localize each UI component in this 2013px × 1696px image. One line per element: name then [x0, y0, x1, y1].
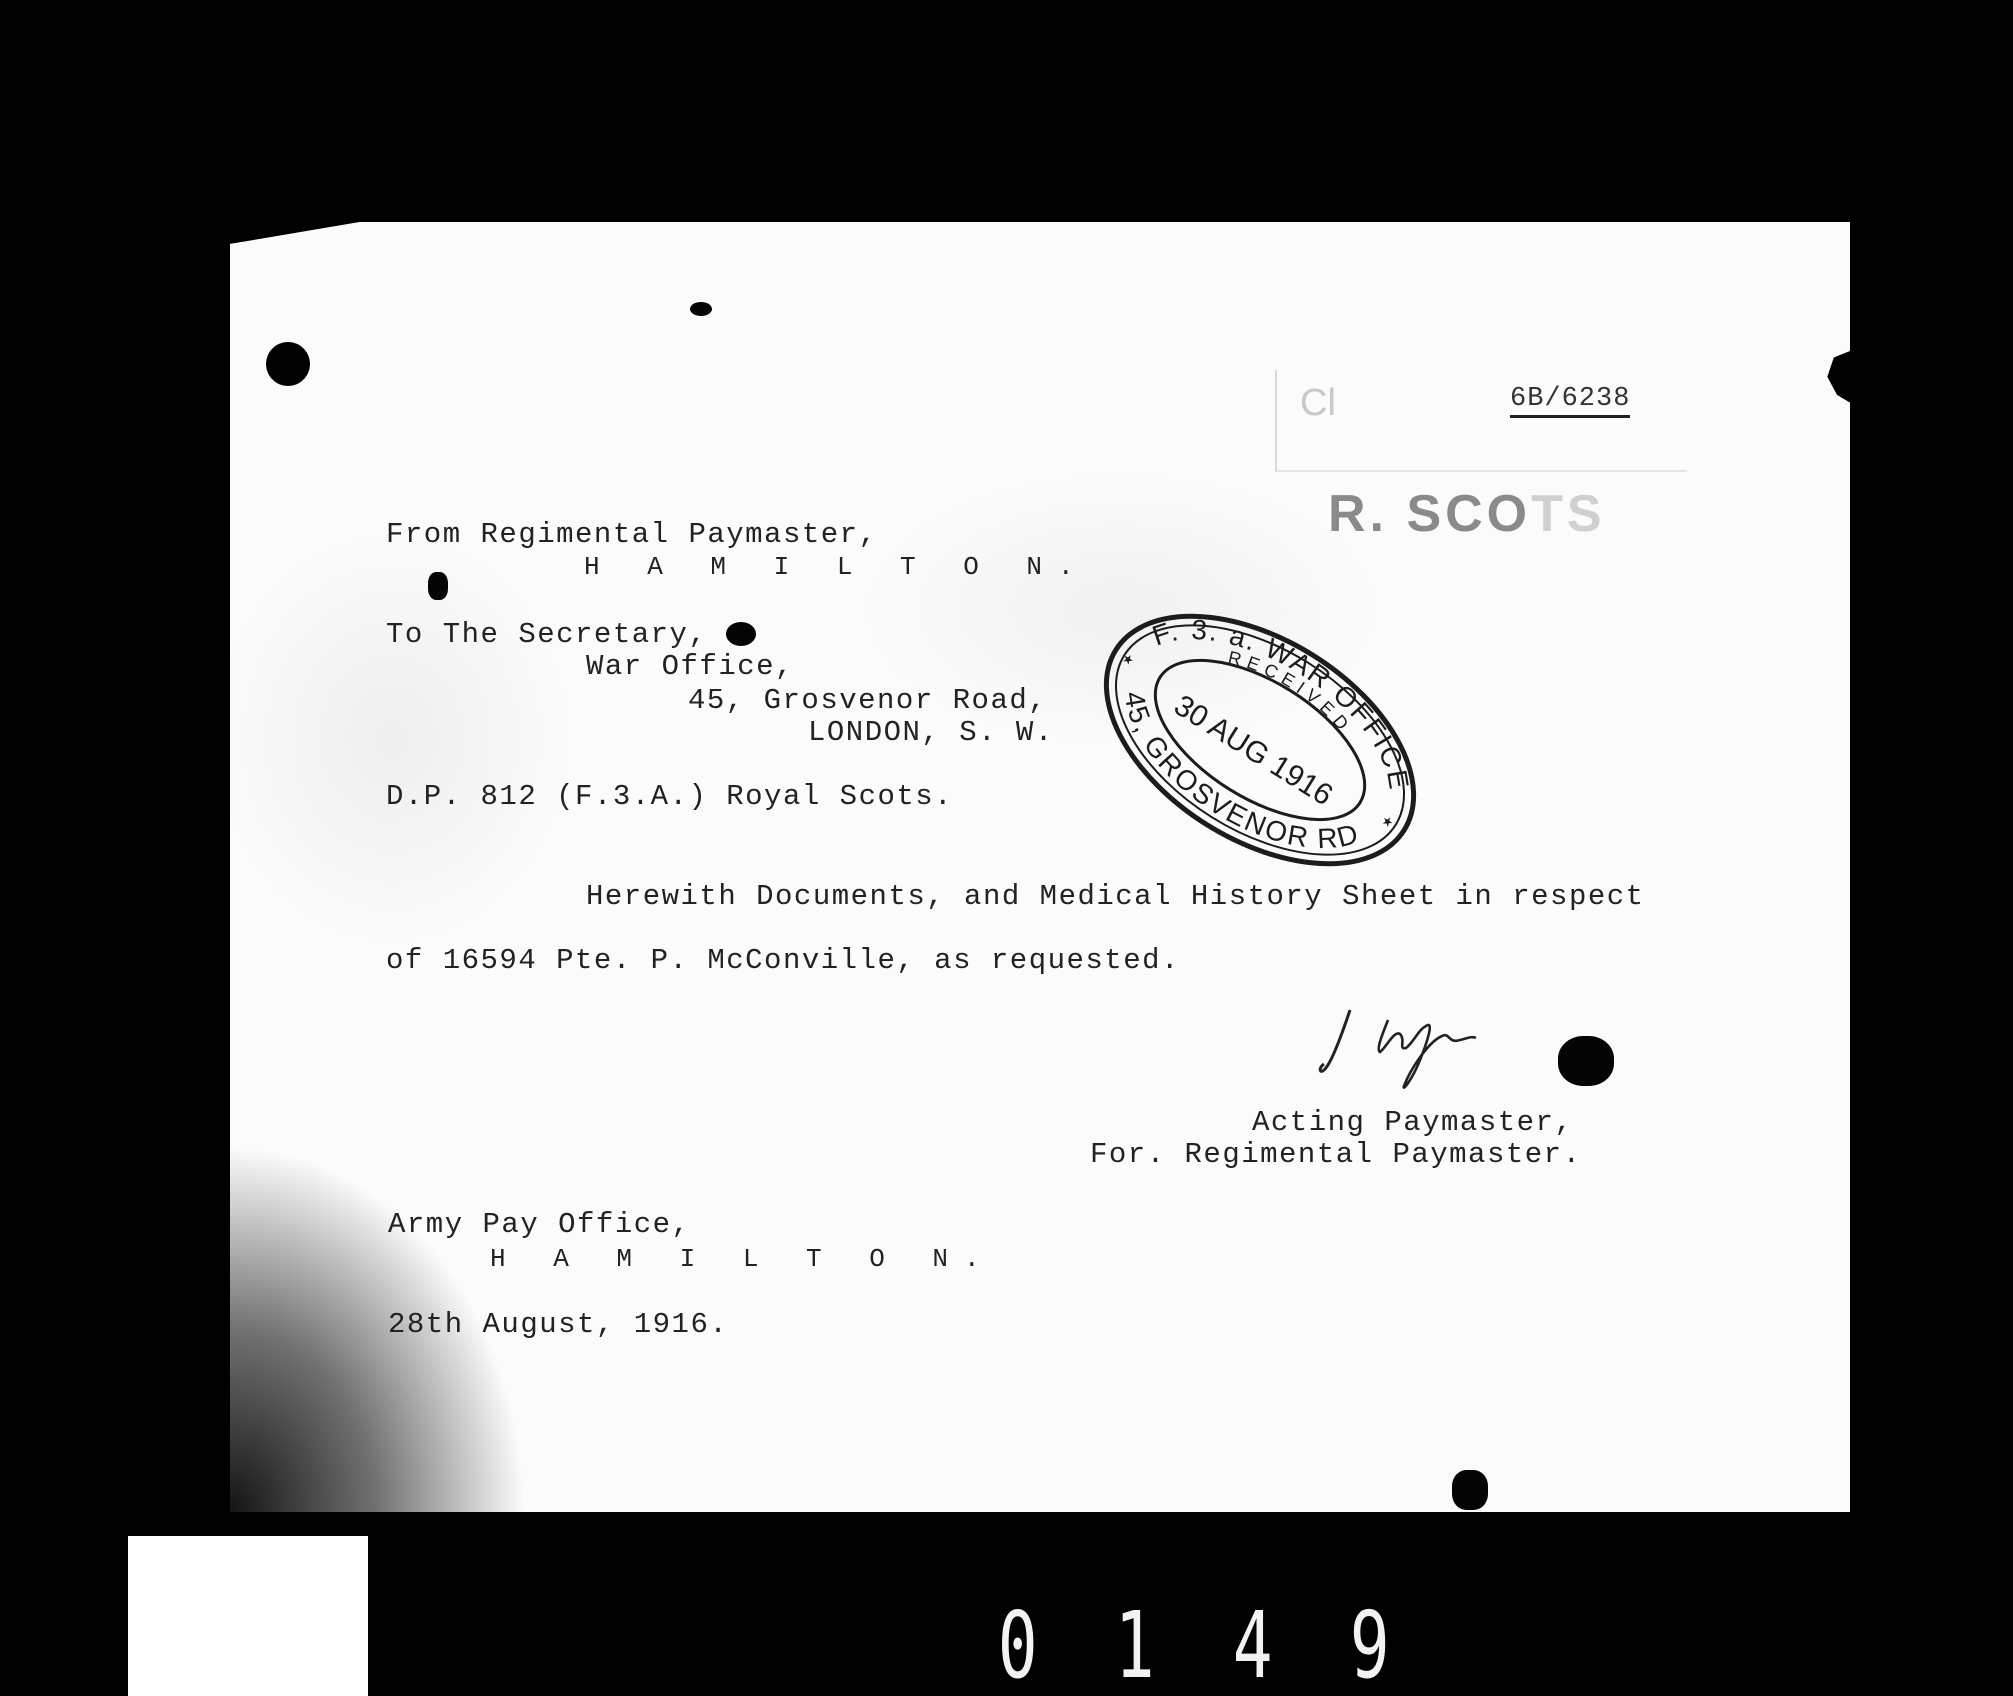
handwritten-signature: [1310, 990, 1510, 1100]
ink-blot: [428, 572, 448, 600]
counter-tab: [128, 1536, 368, 1696]
to-city: LONDON, S. W.: [808, 716, 1054, 749]
to-line: To The Secretary,: [386, 618, 707, 651]
to-office: War Office,: [586, 650, 794, 683]
svg-text:★: ★: [1118, 648, 1138, 671]
subject-line: D.P. 812 (F.3.A.) Royal Scots.: [386, 780, 953, 813]
frame-digit: 1: [1115, 1600, 1155, 1692]
frame-digit: 0: [998, 1600, 1038, 1692]
frame-number: 0 1 4 9: [990, 1600, 1398, 1692]
signatory-for: For. Regimental Paymaster.: [1090, 1138, 1581, 1171]
svg-text:★: ★: [1377, 811, 1397, 834]
reference-number: 6B/6238: [1510, 384, 1630, 418]
ink-blot: [1452, 1470, 1488, 1510]
sender-town: H A M I L T O N.: [490, 1244, 996, 1274]
reference-faint-prefix: Cl: [1300, 382, 1336, 425]
ink-blot: [1558, 1036, 1614, 1086]
letter-date: 28th August, 1916.: [388, 1308, 728, 1341]
sender-office: Army Pay Office,: [388, 1208, 690, 1241]
ink-blot: [690, 302, 712, 316]
regiment-stamp-faint: TS: [1531, 485, 1605, 543]
frame-digit: 9: [1350, 1600, 1390, 1692]
from-town: H A M I L T O N.: [584, 552, 1090, 582]
regiment-stamp: R. SCOTS: [1328, 484, 1606, 544]
ink-blot: [726, 622, 756, 646]
body-line-1: Herewith Documents, and Medical History …: [586, 880, 1645, 913]
body-line-2: of 16594 Pte. P. McConville, as requeste…: [386, 944, 1180, 977]
from-line: From Regimental Paymaster,: [386, 518, 877, 551]
to-street: 45, Grosvenor Road,: [688, 684, 1047, 717]
war-office-received-stamp: F. 3. a. WAR OFFICE 45, GROSVENOR RD REC…: [1080, 600, 1440, 880]
regiment-stamp-dark: R. SCO: [1328, 485, 1531, 543]
frame-digit: 4: [1233, 1600, 1273, 1692]
signatory-title: Acting Paymaster,: [1252, 1106, 1573, 1139]
punch-hole: [266, 342, 310, 386]
